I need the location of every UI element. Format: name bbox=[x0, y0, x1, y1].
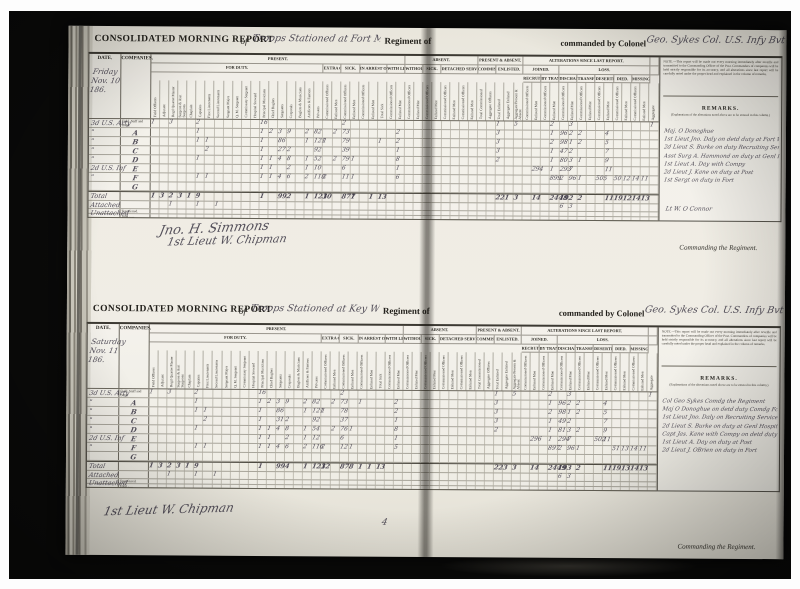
value-cell bbox=[612, 437, 621, 445]
cell-value-handwriting: 1 bbox=[258, 407, 263, 414]
rotated-column-label: Commissioned Officers bbox=[615, 86, 619, 120]
cell-value-handwriting: 9 bbox=[194, 462, 200, 470]
value-cell bbox=[449, 427, 458, 435]
value-cell: 1 bbox=[195, 399, 204, 407]
rotated-column-header: Regtl Quarter Master bbox=[168, 350, 177, 388]
unit-handwriting: 3d U.S. Arty bbox=[90, 119, 131, 127]
rotated-column-header: Commissioned Officers bbox=[403, 352, 412, 390]
value-cell: 11 bbox=[639, 446, 648, 454]
value-cell: 14 bbox=[532, 195, 541, 203]
rotated-column-header: Commissioned Officers bbox=[577, 83, 586, 121]
value-cell bbox=[459, 216, 468, 219]
value-cell bbox=[468, 166, 477, 174]
value-cell bbox=[459, 148, 468, 156]
cell-value-handwriting: 4 bbox=[603, 400, 608, 407]
value-cell: 2 bbox=[576, 401, 585, 409]
company-letter-handwriting: D bbox=[118, 425, 149, 434]
value-cell: 98 bbox=[559, 140, 568, 148]
cell-value-handwriting: 2 bbox=[321, 443, 326, 450]
value-cell bbox=[178, 201, 187, 208]
cell-value-handwriting: 3 bbox=[159, 191, 165, 199]
value-cell bbox=[595, 212, 604, 216]
cell-value-handwriting: 79 bbox=[341, 155, 350, 162]
rotated-column-label: Enlisted Men bbox=[371, 99, 375, 118]
rotated-column-header: Commissioned Officers bbox=[358, 352, 367, 390]
value-cell bbox=[603, 474, 612, 481]
cell-value-handwriting: 1 bbox=[257, 434, 262, 441]
value-cell bbox=[150, 209, 159, 213]
value-cell bbox=[514, 158, 523, 166]
value-cell bbox=[441, 216, 450, 219]
cell-value-handwriting: 2 bbox=[395, 129, 400, 136]
subgroup3-header-cell: DESERTED. bbox=[594, 345, 612, 353]
rotated-column-label: Enlisted Men bbox=[532, 370, 536, 389]
value-cell bbox=[358, 391, 367, 399]
value-cell bbox=[439, 454, 448, 462]
value-cell: 81 bbox=[558, 428, 567, 436]
value-cell bbox=[323, 120, 332, 128]
unit-handwriting: " bbox=[88, 416, 92, 424]
value-cell bbox=[530, 419, 539, 427]
rotated-column-header: Aggregate Enlisted bbox=[503, 352, 512, 390]
subgroup3-header-cell: MISSING. bbox=[630, 345, 648, 353]
value-cell bbox=[514, 176, 523, 184]
rotated-column-header: Commissioned Officers bbox=[439, 352, 448, 390]
date-line: 186. bbox=[87, 355, 123, 364]
value-cell bbox=[521, 482, 530, 486]
cell-value-handwriting: 2 bbox=[285, 434, 290, 441]
value-cell bbox=[212, 463, 221, 471]
value-cell bbox=[485, 436, 494, 444]
value-cell bbox=[358, 436, 367, 444]
value-cell: 11 bbox=[641, 176, 650, 184]
value-cell bbox=[241, 174, 250, 182]
unit-cell: 3d U.S. Arty bbox=[89, 119, 121, 127]
cell-value-handwriting: 1 bbox=[259, 128, 264, 135]
value-cell bbox=[632, 217, 641, 220]
value-cell bbox=[621, 474, 630, 481]
value-cell bbox=[269, 120, 278, 128]
cell-value-handwriting: 192 bbox=[558, 194, 573, 202]
value-cell bbox=[214, 210, 223, 214]
rotated-column-header: Enlisted Men bbox=[622, 83, 631, 121]
company-cell: A bbox=[121, 128, 151, 136]
rotated-column-label: Enlisted Men bbox=[369, 369, 373, 388]
value-cell: 2 bbox=[567, 419, 576, 427]
rotated-column-header: Commissioned Officers bbox=[441, 82, 450, 120]
value-cell: 1 bbox=[269, 165, 278, 173]
value-cell bbox=[332, 183, 341, 191]
rotated-column-header: Commissioned Officers bbox=[539, 353, 548, 391]
rotated-column-label: Commissioned Officers bbox=[577, 356, 581, 390]
table-header: DATE.FridayNov. 10186.COMPANIES.PRESENT.… bbox=[89, 54, 659, 122]
value-cell bbox=[594, 401, 603, 409]
cell-value-handwriting: 13 bbox=[375, 463, 386, 471]
rotated-column-label: Artificers & Farriers bbox=[307, 89, 311, 119]
value-cell: 1 bbox=[549, 437, 558, 445]
rotated-column-header: Total Commissioned bbox=[477, 82, 486, 120]
value-cell: 3 bbox=[567, 392, 576, 400]
unit-cell: " bbox=[87, 425, 119, 433]
company-letter-handwriting: A bbox=[120, 128, 151, 137]
value-cell: 1 bbox=[204, 408, 213, 416]
value-cell bbox=[587, 158, 596, 166]
value-cell bbox=[332, 174, 341, 182]
rotated-column-label: Adjutant bbox=[161, 375, 165, 388]
value-cell bbox=[231, 390, 240, 398]
value-cell bbox=[603, 455, 612, 463]
cell-value-handwriting: 1 bbox=[194, 425, 199, 432]
rotated-column-header: Privates bbox=[313, 351, 322, 389]
value-cell bbox=[594, 455, 603, 463]
value-cell bbox=[467, 391, 476, 399]
value-cell bbox=[358, 481, 367, 485]
cell-value-handwriting: 4 bbox=[276, 443, 281, 450]
value-cell bbox=[478, 121, 487, 129]
value-cell bbox=[322, 390, 331, 398]
value-cell bbox=[377, 203, 386, 210]
value-cell: 1 bbox=[549, 428, 558, 436]
value-cell bbox=[267, 453, 276, 461]
value-cell bbox=[378, 175, 387, 183]
value-cell bbox=[196, 165, 205, 173]
value-cell bbox=[532, 149, 541, 157]
cell-value-handwriting: 2 bbox=[303, 443, 308, 450]
station-handwriting: Troops Stationed at Fort Monroe Va bbox=[252, 33, 382, 45]
value-cell bbox=[577, 212, 586, 216]
value-cell bbox=[231, 408, 240, 416]
value-cell bbox=[612, 401, 621, 409]
value-cell: 86 bbox=[278, 138, 287, 146]
value-cell bbox=[575, 487, 584, 490]
value-cell bbox=[440, 400, 449, 408]
rotated-column-header: Enlisted Men bbox=[468, 82, 477, 120]
value-cell bbox=[396, 194, 405, 202]
value-cell bbox=[330, 472, 339, 479]
value-cell bbox=[576, 419, 585, 427]
rotated-column-header: Q. M. Sergeant bbox=[231, 351, 240, 389]
cell-value-handwriting: 2 bbox=[205, 146, 210, 153]
company-cell: C bbox=[119, 416, 149, 424]
value-cell bbox=[360, 166, 369, 174]
company-letter-handwriting: B bbox=[120, 137, 151, 146]
value-cell bbox=[595, 185, 604, 193]
value-cell bbox=[360, 139, 369, 147]
rotated-column-label: Enlisted Men bbox=[606, 101, 610, 120]
cell-value-handwriting: 2 bbox=[577, 194, 583, 202]
value-cell bbox=[532, 185, 541, 193]
value-cell bbox=[359, 175, 368, 183]
value-cell: 5 bbox=[605, 140, 614, 148]
value-cell bbox=[385, 391, 394, 399]
value-cell bbox=[514, 204, 523, 211]
company-cell bbox=[121, 192, 151, 200]
value-cell bbox=[614, 149, 623, 157]
cell-value-handwriting: 1 bbox=[303, 425, 308, 432]
value-cell: 3 bbox=[168, 389, 177, 397]
value-cell bbox=[214, 165, 223, 173]
value-cell bbox=[469, 157, 478, 165]
cell-value-handwriting: 1 bbox=[575, 445, 580, 452]
value-cell bbox=[639, 474, 648, 481]
value-cell bbox=[586, 176, 595, 184]
rotated-column-header: Chief Buglers bbox=[269, 81, 278, 119]
value-cell bbox=[295, 390, 304, 398]
value-cell bbox=[305, 183, 314, 191]
value-cell: 3 bbox=[567, 428, 576, 436]
value-cell bbox=[339, 480, 348, 484]
value-cell bbox=[358, 454, 367, 462]
value-cell bbox=[405, 175, 414, 183]
value-cell bbox=[378, 166, 387, 174]
value-cell bbox=[396, 184, 405, 192]
unit-handwriting: " bbox=[90, 128, 94, 136]
subgroup3-header-cell: DIED. bbox=[614, 75, 632, 83]
cell-value-handwriting: 2 bbox=[577, 130, 582, 137]
cell-value-handwriting: 1 bbox=[194, 407, 199, 414]
company-cell bbox=[119, 462, 149, 470]
value-cell bbox=[503, 473, 512, 480]
value-cell bbox=[548, 482, 557, 486]
value-cell bbox=[214, 156, 223, 164]
value-cell bbox=[221, 485, 230, 488]
value-cell bbox=[376, 427, 385, 435]
rotated-column-header: Total Commissioned bbox=[476, 352, 485, 390]
cell-value-handwriting: 1 bbox=[258, 416, 263, 423]
value-cell bbox=[614, 140, 623, 148]
value-cell: 9 bbox=[287, 129, 296, 137]
value-cell bbox=[485, 454, 494, 462]
rotated-column-label: Chief Buglers bbox=[269, 368, 273, 388]
unit-cell: Unattached bbox=[88, 209, 120, 213]
value-cell bbox=[441, 121, 450, 129]
rotated-column-header: Enlisted Men bbox=[603, 353, 612, 391]
value-cell bbox=[350, 166, 359, 174]
value-cell bbox=[224, 138, 233, 146]
value-cell: 192 bbox=[559, 195, 568, 203]
rotated-column-header: Commissioned Officers bbox=[458, 352, 467, 390]
value-cell bbox=[187, 183, 196, 191]
value-cell bbox=[360, 157, 369, 165]
value-cell: 2 bbox=[205, 147, 214, 155]
cell-value-handwriting: 3 bbox=[169, 118, 174, 125]
value-cell bbox=[314, 215, 323, 218]
value-cell bbox=[623, 212, 632, 216]
value-cell bbox=[241, 215, 250, 218]
value-cell bbox=[331, 453, 340, 461]
value-cell bbox=[303, 472, 312, 479]
value-cell: 2 bbox=[333, 129, 342, 137]
value-cell bbox=[351, 121, 360, 129]
rotated-column-label: Enlisted Men bbox=[586, 371, 590, 390]
value-cell bbox=[612, 410, 621, 418]
unit-handwriting: " bbox=[90, 146, 94, 154]
rotated-column-header: Corporals bbox=[285, 351, 294, 389]
value-cell: 994 bbox=[276, 463, 285, 471]
value-cell bbox=[468, 184, 477, 192]
remarks-title: REMARKS. bbox=[658, 375, 779, 382]
rotated-column-header: Commissioned Officers bbox=[631, 83, 640, 121]
value-cell bbox=[641, 217, 650, 220]
rotated-column-header: Enlisted Men bbox=[367, 352, 376, 390]
value-cell: 2 bbox=[195, 390, 204, 398]
value-cell bbox=[486, 211, 495, 215]
value-cell bbox=[512, 428, 521, 436]
value-cell bbox=[566, 482, 575, 486]
value-cell bbox=[368, 211, 377, 215]
value-cell bbox=[439, 481, 448, 485]
value-cell bbox=[242, 120, 251, 128]
company-letter-handwriting: B bbox=[118, 407, 149, 416]
value-cell bbox=[231, 444, 240, 452]
value-cell bbox=[459, 203, 468, 210]
rotated-column-label: Commissioned Officers bbox=[362, 84, 366, 118]
value-cell bbox=[387, 194, 396, 202]
value-cell: 3 bbox=[569, 122, 578, 130]
value-cell bbox=[233, 147, 242, 155]
value-cell: 2 bbox=[568, 149, 577, 157]
value-cell bbox=[231, 463, 240, 471]
cell-value-handwriting: 2 bbox=[559, 175, 564, 182]
value-cell bbox=[233, 120, 242, 128]
value-cell bbox=[242, 138, 251, 146]
value-cell bbox=[321, 472, 330, 479]
unit-handwriting: " bbox=[88, 425, 92, 433]
value-cell bbox=[232, 174, 241, 182]
value-cell bbox=[240, 426, 249, 434]
value-cell bbox=[331, 417, 340, 425]
value-cell: 2 bbox=[331, 426, 340, 434]
rotated-column-header: Enlisted Men bbox=[586, 83, 595, 121]
value-cell bbox=[349, 391, 358, 399]
value-cell bbox=[403, 481, 412, 485]
rotated-column-header: First Lieutenants bbox=[204, 351, 213, 389]
company-cell: G bbox=[121, 182, 151, 190]
scanned-page: CONSOLIDATED MORNING REPORT of Troops St… bbox=[65, 26, 786, 559]
subgroup3-header-cell: TRANSFERRED. bbox=[578, 75, 596, 83]
value-cell bbox=[557, 487, 566, 490]
rotated-column-label: Enlisted Men bbox=[396, 370, 400, 389]
table-main-area: DATE.FridayNov. 10186.COMPANIES.PRESENT.… bbox=[88, 54, 659, 220]
value-cell bbox=[478, 130, 487, 138]
value-cell bbox=[223, 183, 232, 191]
cell-value-handwriting: 1 bbox=[195, 173, 200, 180]
value-cell bbox=[612, 482, 621, 486]
value-cell bbox=[287, 202, 296, 209]
value-cell: 47 bbox=[559, 149, 568, 157]
value-cell bbox=[639, 455, 648, 463]
value-cell bbox=[223, 174, 232, 182]
value-cell bbox=[187, 147, 196, 155]
value-cell: 2 bbox=[494, 427, 503, 435]
value-cell: 1 bbox=[550, 131, 559, 139]
value-cell bbox=[314, 183, 323, 191]
value-cell bbox=[222, 444, 231, 452]
cell-value-handwriting: 78 bbox=[339, 407, 348, 414]
rotated-column-label: Enlisted Men bbox=[552, 101, 556, 120]
value-cell bbox=[451, 130, 460, 138]
value-cell bbox=[158, 425, 167, 433]
value-cell bbox=[341, 215, 350, 218]
cell-value-handwriting: 3 bbox=[177, 191, 183, 199]
cell-value-handwriting: 221 bbox=[495, 193, 510, 201]
cell-value-handwriting: 3 bbox=[167, 388, 172, 395]
rotated-column-header: Aggregate bbox=[649, 83, 658, 121]
cell-value-handwriting: 2 bbox=[323, 173, 328, 180]
value-cell bbox=[459, 184, 468, 192]
value-cell bbox=[603, 487, 612, 490]
cell-value-handwriting: 12 bbox=[339, 443, 348, 450]
value-cell bbox=[440, 409, 449, 417]
value-cell bbox=[585, 474, 594, 481]
subgroup3-header-cell: BY TRANSFER. bbox=[541, 75, 559, 83]
value-cell bbox=[512, 487, 521, 490]
value-cell bbox=[612, 419, 621, 427]
value-cell bbox=[467, 486, 476, 489]
cell-value-handwriting: 9 bbox=[195, 192, 201, 200]
cell-value-handwriting: 13 bbox=[638, 464, 649, 472]
value-cell bbox=[149, 434, 158, 442]
cell-value-handwriting: 3 bbox=[277, 128, 282, 135]
value-cell bbox=[623, 167, 632, 175]
value-cell bbox=[621, 401, 630, 409]
value-cell bbox=[457, 486, 466, 489]
cell-value-handwriting: 1 bbox=[357, 399, 362, 406]
value-cell: 86 bbox=[276, 408, 285, 416]
value-cell bbox=[287, 183, 296, 191]
instructions-note: NOTE.—This report will be made out every… bbox=[662, 329, 777, 367]
value-cell bbox=[369, 148, 378, 156]
cell-value-handwriting: 13 bbox=[377, 193, 388, 201]
value-cell bbox=[539, 482, 548, 486]
value-cell bbox=[532, 131, 541, 139]
cell-value-handwriting: 3 bbox=[567, 203, 572, 210]
value-cell bbox=[458, 436, 467, 444]
rotated-column-header: Commissioned Officers bbox=[612, 353, 621, 391]
subgroup3-header-cell: DISCHARGED. bbox=[559, 75, 577, 83]
value-cell bbox=[323, 129, 332, 137]
value-cell: 2 bbox=[567, 401, 576, 409]
value-cell bbox=[176, 434, 185, 442]
value-cell bbox=[603, 482, 612, 486]
value-cell bbox=[203, 453, 212, 461]
value-cell bbox=[512, 474, 521, 481]
cell-value-handwriting: 1 bbox=[368, 193, 374, 201]
value-cell bbox=[267, 472, 276, 479]
value-cell bbox=[149, 425, 158, 433]
value-cell bbox=[459, 166, 468, 174]
value-cell bbox=[259, 210, 268, 214]
value-cell bbox=[249, 485, 258, 488]
value-cell bbox=[586, 204, 595, 211]
cell-value-handwriting: 96 bbox=[559, 130, 568, 137]
rotated-column-label: Enlisted Men bbox=[334, 99, 338, 118]
rotated-column-header: Hospital Steward bbox=[251, 81, 260, 119]
value-cell bbox=[314, 120, 323, 128]
value-cell: 1 bbox=[550, 158, 559, 166]
date-header-label: DATE. bbox=[88, 326, 119, 331]
rotated-column-label: Commissioned Officers bbox=[541, 356, 545, 390]
rotated-column-header: Corporals bbox=[287, 81, 296, 119]
value-cell bbox=[378, 121, 387, 129]
value-cell bbox=[632, 167, 641, 175]
value-cell bbox=[376, 418, 385, 426]
value-cell bbox=[503, 481, 512, 485]
value-cell bbox=[149, 479, 158, 483]
value-cell bbox=[385, 486, 394, 489]
value-cell bbox=[339, 472, 348, 479]
rotated-column-label: Commissioned Officers bbox=[597, 86, 601, 120]
